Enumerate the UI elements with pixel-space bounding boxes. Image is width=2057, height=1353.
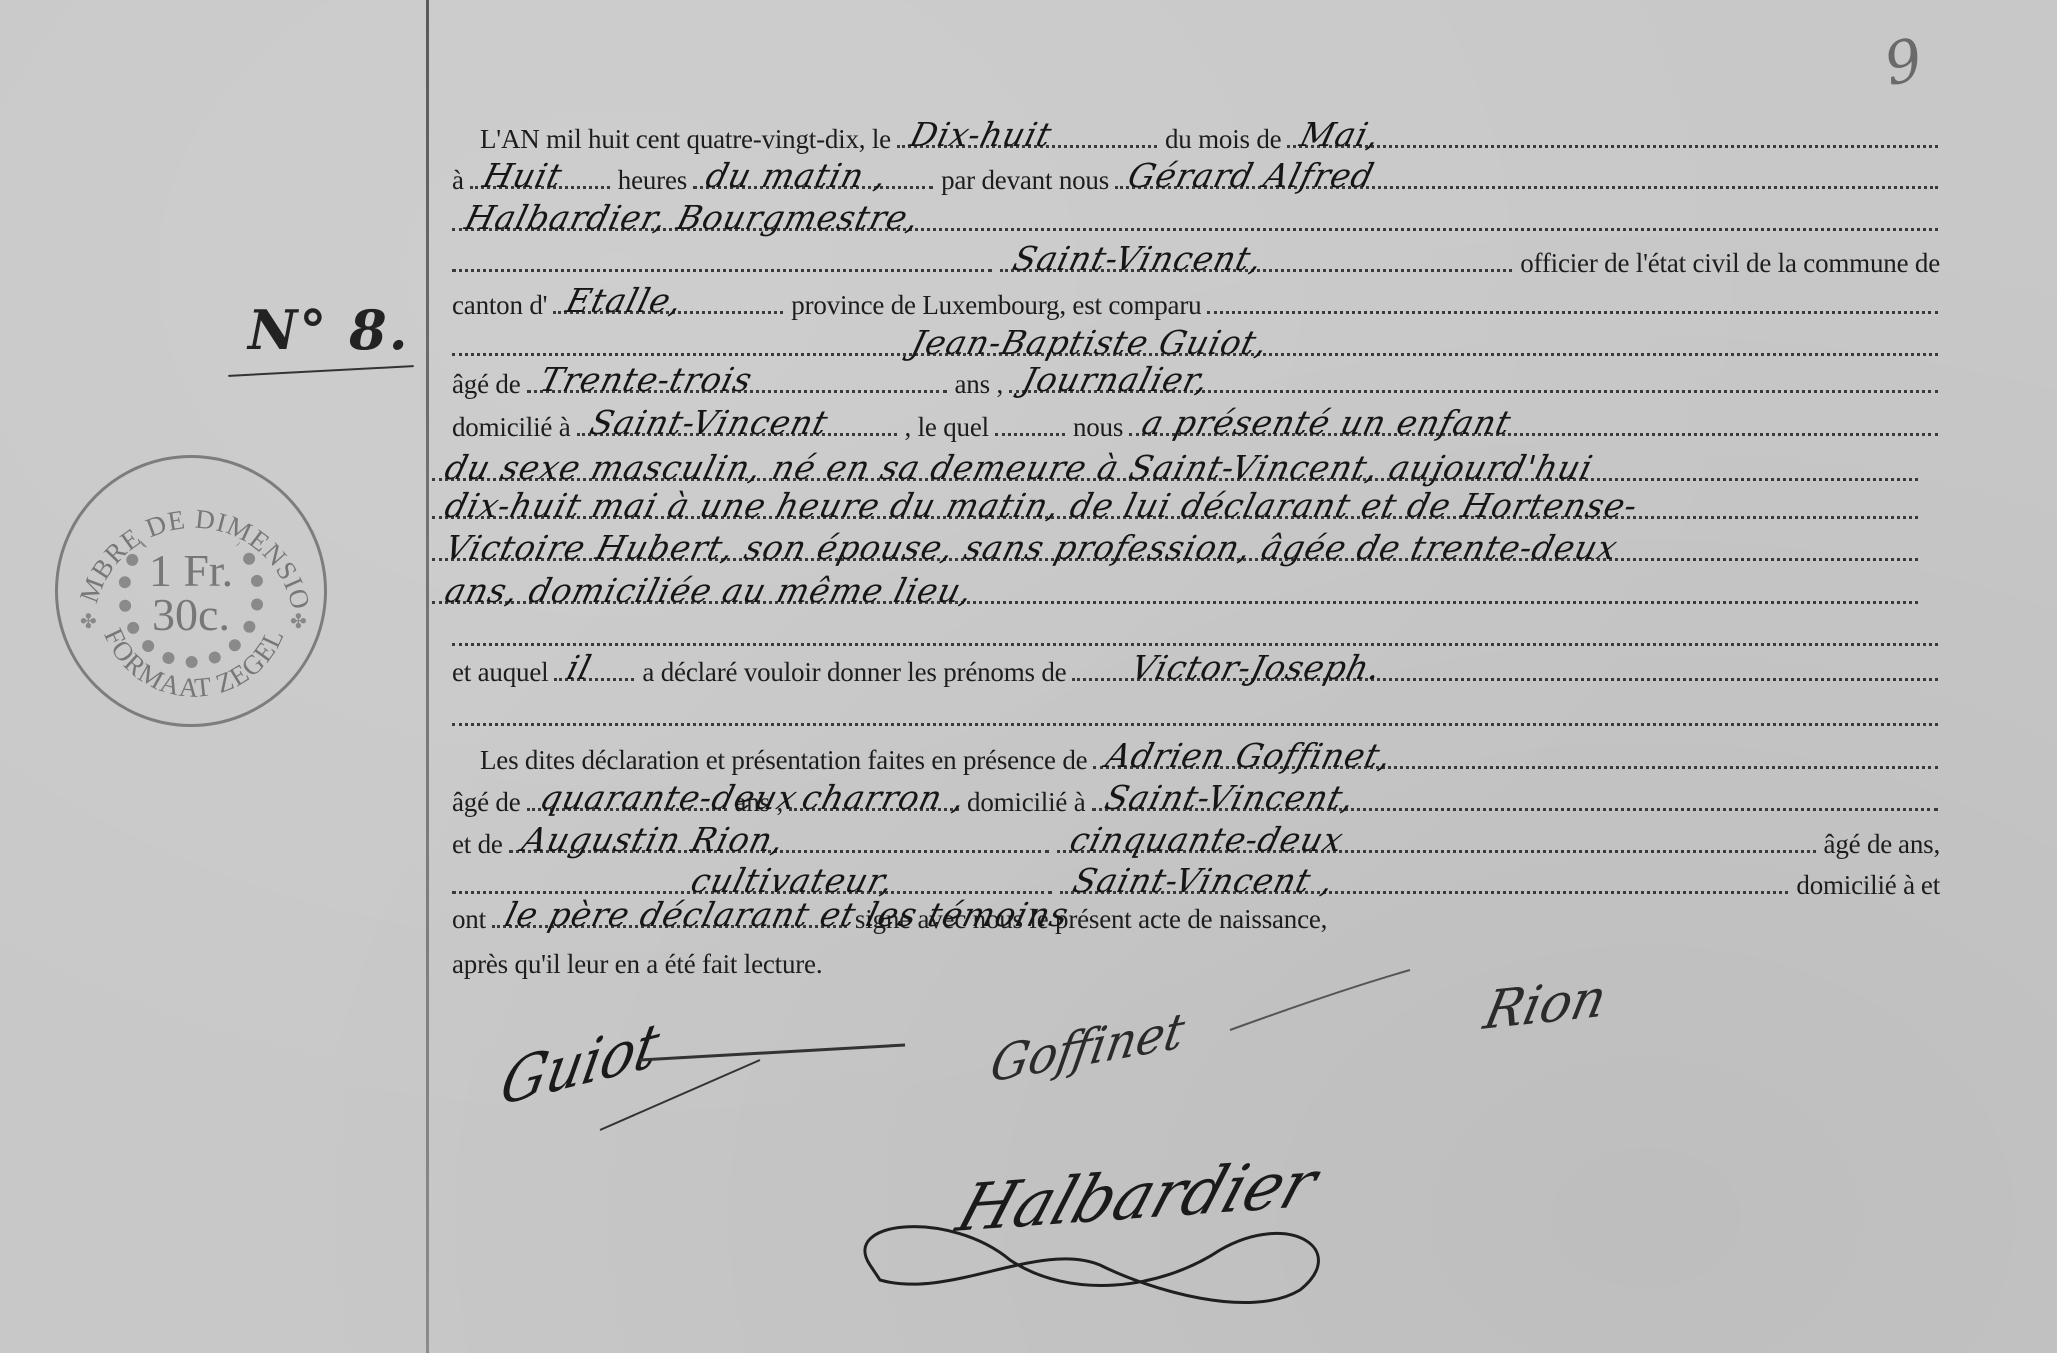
- form-row: domicilié àSaint-Vincent, le quelnousa p…: [452, 404, 1946, 444]
- handwritten-entry: dix-huit mai à une heure du matin, de lu…: [441, 486, 1642, 525]
- handwritten-field: du sexe masculin, né en sa demeure à Sai…: [432, 444, 1918, 481]
- form-row: après qu'il leur en a été fait lecture.: [452, 941, 1946, 981]
- printed-text: domicilié à: [452, 412, 577, 444]
- printed-text: officier de l'état civil de la commune d…: [1520, 248, 1946, 280]
- form-row: âgé deTrente-troisans ,Journalier,: [452, 361, 1946, 401]
- handwritten-entry: Huit: [479, 156, 567, 195]
- margin-rule: [426, 0, 429, 1353]
- printed-text: ans ,: [955, 369, 1010, 401]
- handwritten-entry: Saint-Vincent,: [1009, 239, 1267, 278]
- handwritten-entry: Augustin Rion,: [518, 820, 789, 859]
- handwritten-field: du matin ,: [693, 152, 933, 189]
- handwritten-field: Saint-Vincent,: [1092, 774, 1938, 811]
- handwritten-field: [452, 235, 992, 272]
- handwritten-field: Dix-huit: [897, 111, 1157, 148]
- handwritten-entry: Dix-huit: [906, 115, 1056, 154]
- printed-text: canton d': [452, 290, 553, 322]
- handwritten-field: charron ,: [789, 774, 959, 811]
- printed-text: par devant nous: [941, 165, 1115, 197]
- printed-text: âgé de: [452, 369, 527, 401]
- form-row: [452, 694, 1946, 734]
- form-row: âgé dequarante-deuxans ,charron ,domicil…: [452, 779, 1946, 819]
- handwritten-field: Victoire Hubert, son épouse, sans profes…: [432, 524, 1918, 561]
- printed-text: et auquel: [452, 657, 554, 689]
- printed-text: nous: [1073, 412, 1129, 444]
- handwritten-field: Saint-Vincent,: [1000, 235, 1512, 272]
- handwritten-field: Halbardier, Bourgmestre,: [452, 194, 1938, 231]
- printed-text: âgé de: [452, 787, 527, 819]
- handwritten-entry: le père déclarant et les témoins: [501, 895, 1073, 934]
- handwritten-field: Journalier,: [1009, 356, 1938, 393]
- handwritten-entry: Etalle,: [562, 281, 687, 320]
- handwritten-field: Etalle,: [553, 277, 783, 314]
- handwritten-field: Saint-Vincent ,: [1060, 857, 1788, 894]
- handwritten-entry: Adrien Goffinet,: [1103, 736, 1397, 775]
- handwritten-field: Victor-Joseph.: [1072, 644, 1938, 681]
- printed-text: Les dites déclaration et présentation fa…: [480, 745, 1093, 777]
- handwritten-field: ans, domiciliée au même lieu,: [432, 567, 1918, 604]
- form-row: Halbardier, Bourgmestre,: [452, 199, 1946, 239]
- handwritten-field: Huit: [470, 152, 610, 189]
- form-row: ontle père déclarant et les témoinssigné…: [452, 896, 1946, 936]
- handwritten-field: le père déclarant et les témoins: [492, 891, 847, 928]
- handwritten-field: Adrien Goffinet,: [1093, 732, 1938, 769]
- handwritten-entry: Saint-Vincent,: [1101, 778, 1359, 817]
- handwritten-field: dix-huit mai à une heure du matin, de lu…: [432, 482, 1918, 519]
- handwritten-field: [995, 399, 1065, 436]
- handwritten-entry: Victoire Hubert, son épouse, sans profes…: [441, 528, 1622, 567]
- form-row: àHuitheuresdu matin ,par devant nousGéra…: [452, 157, 1946, 197]
- handwritten-field: Saint-Vincent: [577, 399, 897, 436]
- handwritten-field: cultivateur,: [452, 857, 1052, 894]
- handwritten-entry: Victor-Joseph.: [1128, 648, 1387, 687]
- handwritten-entry: charron ,: [798, 778, 970, 817]
- form-row: dix-huit mai à une heure du matin, de lu…: [432, 487, 1926, 527]
- printed-text: ans,: [1898, 829, 1946, 861]
- handwritten-entry: Journalier,: [1018, 360, 1213, 399]
- printed-text: ont: [452, 904, 492, 936]
- handwritten-field: quarante-deux: [527, 774, 727, 811]
- handwritten-entry: a présenté un enfant: [1138, 403, 1516, 442]
- printed-text: domicilié à: [967, 787, 1092, 819]
- printed-text: âgé de: [1824, 829, 1899, 861]
- handwritten-field: [452, 609, 1938, 646]
- form-row: ans, domiciliée au même lieu,: [432, 572, 1926, 612]
- printed-text: province de Luxembourg, est comparu: [791, 290, 1207, 322]
- handwritten-field: [452, 689, 1938, 726]
- form-row: et deAugustin Rion,cinquante-deuxâgé dea…: [452, 821, 1946, 861]
- entry-number: N° 8.: [248, 298, 410, 362]
- handwritten-field: [1207, 277, 1938, 314]
- handwritten-field: a présenté un enfant: [1129, 399, 1938, 436]
- printed-text: heures: [618, 165, 693, 197]
- form-row: Saint-Vincent,officier de l'état civil d…: [452, 240, 1946, 280]
- form-row: Les dites déclaration et présentation fa…: [452, 737, 1946, 777]
- stamp-value-centimes: 30c.: [58, 588, 324, 641]
- handwritten-entry: Saint-Vincent ,: [1069, 861, 1338, 900]
- handwritten-entry: il: [564, 648, 597, 687]
- printed-text: à: [452, 165, 470, 197]
- handwritten-field: Augustin Rion,: [509, 816, 1049, 853]
- handwritten-entry: Halbardier, Bourgmestre,: [461, 198, 924, 237]
- form-row: canton d'Etalle,province de Luxembourg, …: [452, 282, 1946, 322]
- printed-text: , le quel: [905, 412, 995, 444]
- handwritten-entry: Saint-Vincent: [586, 403, 832, 442]
- form-row: Victoire Hubert, son épouse, sans profes…: [432, 529, 1926, 569]
- handwritten-entry: ans, domiciliée au même lieu,: [441, 571, 977, 610]
- handwritten-entry: Gérard Alfred: [1124, 156, 1378, 195]
- handwritten-entry: Trente-trois: [536, 360, 757, 399]
- handwritten-field: Mai,: [1287, 111, 1938, 148]
- handwritten-entry: cinquante-deux: [1066, 820, 1348, 859]
- form-row: L'AN mil huit cent quatre-vingt-dix, leD…: [452, 116, 1946, 156]
- handwritten-field: Jean-Baptiste Guiot,: [452, 319, 1938, 356]
- handwritten-field: cinquante-deux: [1057, 816, 1816, 853]
- handwritten-field: Trente-trois: [527, 356, 947, 393]
- handwritten-field: il: [554, 644, 634, 681]
- handwritten-entry: quarante-deux: [536, 778, 802, 817]
- handwritten-entry: du matin ,: [702, 156, 892, 195]
- tax-stamp: TIMBRE DE DIMENSION FORMAAT ZEGEL ✤ ✤ 1 …: [55, 455, 327, 727]
- printed-text: après qu'il leur en a été fait lecture.: [452, 949, 828, 981]
- handwritten-entry: Mai,: [1297, 115, 1385, 154]
- printed-text: a déclaré vouloir donner les prénoms de: [642, 657, 1072, 689]
- handwritten-field: Gérard Alfred: [1115, 152, 1938, 189]
- form-row: et auquelila déclaré vouloir donner les …: [452, 649, 1946, 689]
